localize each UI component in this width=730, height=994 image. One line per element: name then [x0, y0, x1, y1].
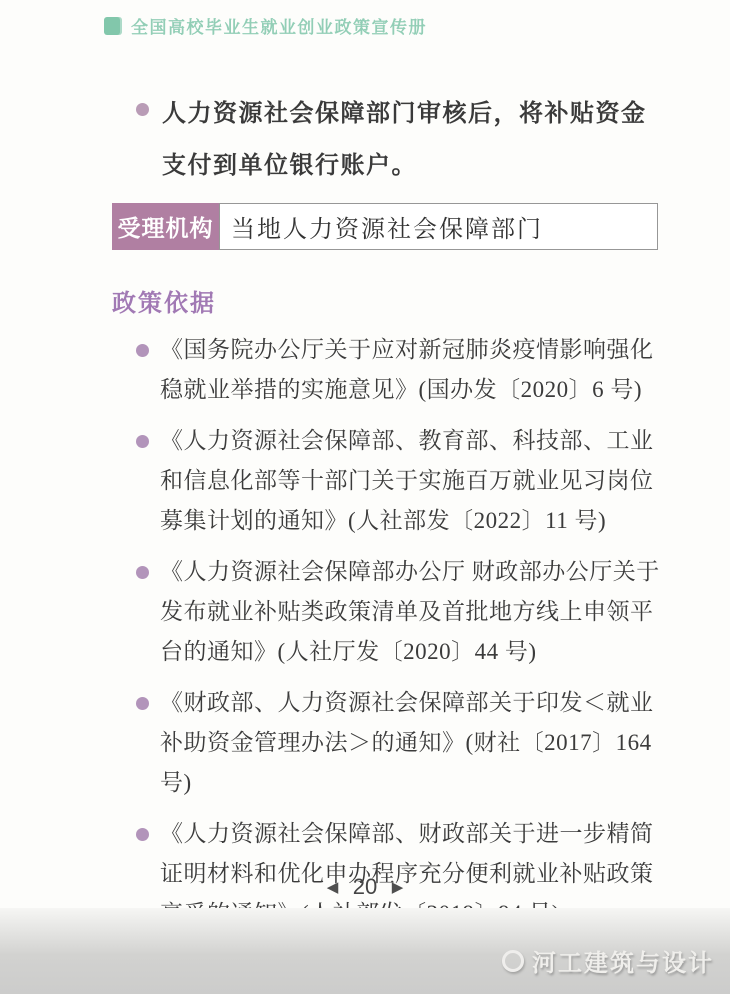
- watermark: 河工建筑与设计: [502, 943, 714, 978]
- policy-item: 《人力资源社会保障部办公厅 财政部办公厅关于发布就业补贴类政策清单及首批地方线上…: [136, 552, 660, 672]
- policy-item: 《人力资源社会保障部、教育部、科技部、工业和信息化部等十部门关于实施百万就业见习…: [136, 421, 660, 541]
- pagination: ◀ 20 ▶: [0, 874, 730, 900]
- bullet-dot-icon: [136, 566, 149, 579]
- policy-heading: 政策依据: [112, 283, 216, 318]
- bullet-dot-icon: [136, 435, 149, 448]
- policy-item-text: 《人力资源社会保障部、教育部、科技部、工业和信息化部等十部门关于实施百万就业见习…: [160, 421, 660, 541]
- bullet-dot-icon: [136, 103, 149, 116]
- policy-list: 《国务院办公厅关于应对新冠肺炎疫情影响强化稳就业举措的实施意见》(国办发〔202…: [136, 330, 660, 945]
- policy-item-text: 《国务院办公厅关于应对新冠肺炎疫情影响强化稳就业举措的实施意见》(国办发〔202…: [160, 330, 660, 410]
- page: 全国高校毕业生就业创业政策宣传册 人力资源社会保障部门审核后，将补贴资金支付到单…: [0, 0, 730, 994]
- footer-band: 河工建筑与设计: [0, 908, 730, 994]
- intro-section: 人力资源社会保障部门审核后，将补贴资金支付到单位银行账户。: [136, 88, 656, 192]
- page-number: 20: [353, 874, 377, 899]
- bullet-dot-icon: [136, 828, 149, 841]
- intro-bullet-item: 人力资源社会保障部门审核后，将补贴资金支付到单位银行账户。: [136, 88, 656, 192]
- policy-item: 《财政部、人力资源社会保障部关于印发＜就业补助资金管理办法＞的通知》(财社〔20…: [136, 683, 660, 803]
- policy-item-text: 《人力资源社会保障部办公厅 财政部办公厅关于发布就业补贴类政策清单及首批地方线上…: [160, 552, 660, 672]
- watermark-text: 河工建筑与设计: [532, 943, 714, 978]
- watermark-logo-icon: [502, 950, 524, 972]
- bullet-dot-icon: [136, 697, 149, 710]
- policy-item-text: 《财政部、人力资源社会保障部关于印发＜就业补助资金管理办法＞的通知》(财社〔20…: [160, 683, 660, 803]
- bullet-dot-icon: [136, 344, 149, 357]
- agency-label: 受理机构: [112, 203, 219, 250]
- header-title: 全国高校毕业生就业创业政策宣传册: [131, 13, 427, 38]
- next-page-icon[interactable]: ▶: [392, 879, 404, 896]
- agency-box: 受理机构 当地人力资源社会保障部门: [112, 203, 658, 250]
- agency-value: 当地人力资源社会保障部门: [219, 203, 658, 250]
- booklet-icon: [104, 17, 122, 35]
- policy-item: 《国务院办公厅关于应对新冠肺炎疫情影响强化稳就业举措的实施意见》(国办发〔202…: [136, 330, 660, 410]
- prev-page-icon[interactable]: ◀: [327, 879, 339, 896]
- intro-text: 人力资源社会保障部门审核后，将补贴资金支付到单位银行账户。: [162, 88, 656, 192]
- page-header: 全国高校毕业生就业创业政策宣传册: [104, 13, 427, 38]
